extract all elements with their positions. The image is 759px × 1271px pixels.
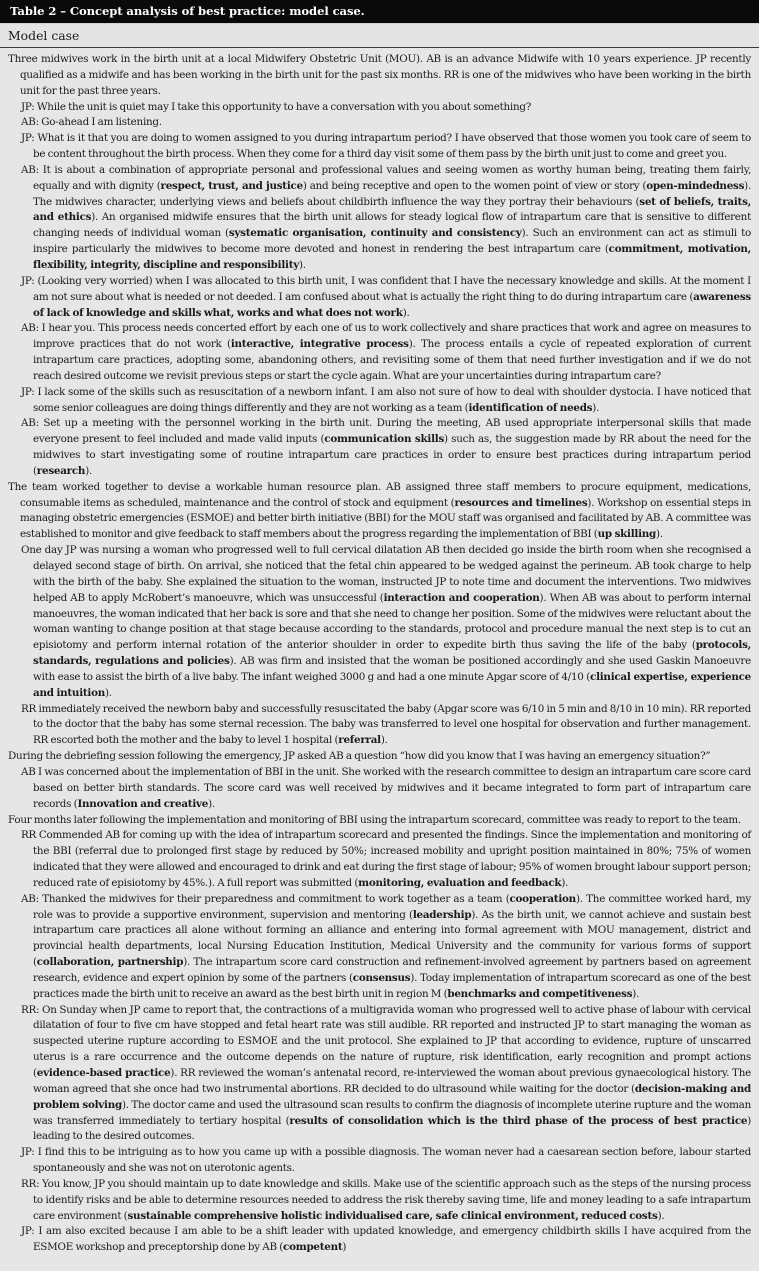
case-paragraph: Three midwives work in the birth unit at…	[8, 52, 751, 100]
paragraph-text: JP: While the unit is quiet may I take t…	[21, 101, 531, 113]
paragraph-text: ).	[592, 402, 599, 414]
concept-term: leadership	[413, 909, 471, 921]
case-paragraph: AB: It is about a combination of appropr…	[8, 163, 751, 274]
paragraph-text: AB: Go-ahead I am listening.	[21, 116, 162, 128]
paragraph-text: AB: Thanked the midwives for their prepa…	[21, 893, 509, 905]
concept-term: evidence-based practice	[37, 1067, 171, 1079]
concept-term: competent	[283, 1241, 342, 1253]
case-paragraph: RR immediately received the newborn baby…	[8, 702, 751, 750]
concept-term: respect, trust, and justice	[161, 180, 303, 192]
paragraph-text: ).	[561, 877, 568, 889]
concept-term: identification of needs	[468, 402, 592, 414]
paragraph-text: Four months later following the implemen…	[8, 814, 741, 826]
paragraph-text: ).	[658, 1210, 665, 1222]
concept-term: Innovation and creative	[77, 798, 208, 810]
case-paragraph: JP: What is it that you are doing to wom…	[8, 131, 751, 163]
concept-term: consensus	[353, 972, 411, 984]
paragraph-text: ).	[85, 465, 92, 477]
case-paragraph: Four months later following the implemen…	[8, 813, 751, 829]
concept-term: sustainable comprehensive holistic indiv…	[127, 1210, 657, 1222]
concept-analysis-table: Table 2 – Concept analysis of best pract…	[0, 0, 759, 1271]
paragraph-text: Three midwives work in the birth unit at…	[8, 53, 751, 97]
paragraph-text: ).	[656, 528, 663, 540]
paragraph-text: ).	[208, 798, 215, 810]
case-paragraph: JP: I find this to be intriguing as to h…	[8, 1145, 751, 1177]
case-paragraph: JP: I lack some of the skills such as re…	[8, 385, 751, 417]
case-paragraph: AB: Set up a meeting with the personnel …	[8, 416, 751, 479]
concept-term: benchmarks and competitiveness	[447, 988, 632, 1000]
concept-term: systematic organisation, continuity and …	[229, 227, 522, 239]
concept-term: referral	[338, 734, 381, 746]
concept-term: resources and timelines	[454, 497, 587, 509]
case-paragraph: RR: On Sunday when JP came to report tha…	[8, 1003, 751, 1146]
paragraph-text: JP: I am also excited because I am able …	[21, 1225, 751, 1253]
paragraph-text: ).	[632, 988, 639, 1000]
paragraph-text: ).	[381, 734, 388, 746]
concept-term: results of consolidation which is the th…	[289, 1115, 747, 1127]
concept-term: up skilling	[598, 528, 656, 540]
paragraph-text: JP: What is it that you are doing to wom…	[21, 132, 751, 160]
case-paragraph: RR Commended AB for coming up with the i…	[8, 828, 751, 891]
table-caption: Table 2 – Concept analysis of best pract…	[0, 0, 759, 23]
paragraph-text: JP: I lack some of the skills such as re…	[21, 386, 751, 414]
paragraph-text: )	[342, 1241, 346, 1253]
case-paragraph: AB: Go-ahead I am listening.	[8, 115, 751, 131]
paragraph-text: JP: (Looking very worried) when I was al…	[21, 275, 751, 303]
paragraph-text: ).	[105, 687, 112, 699]
concept-term: communication skills	[324, 433, 444, 445]
case-paragraph: AB: I hear you. This process needs conce…	[8, 321, 751, 384]
case-paragraph: One day JP was nursing a woman who progr…	[8, 543, 751, 701]
concept-term: cooperation	[509, 893, 575, 905]
case-paragraph: JP: While the unit is quiet may I take t…	[8, 100, 751, 116]
table-body-cell: Three midwives work in the birth unit at…	[0, 48, 759, 1271]
paragraph-text: ).	[299, 259, 306, 271]
case-paragraph: During the debriefing session following …	[8, 749, 751, 765]
case-paragraph: JP: (Looking very worried) when I was al…	[8, 274, 751, 322]
concept-term: collaboration, partnership	[37, 956, 183, 968]
concept-term: interactive, integrative process	[231, 338, 409, 350]
concept-term: open-mindedness	[646, 180, 744, 192]
case-paragraph: RR: You know, JP you should maintain up …	[8, 1177, 751, 1225]
case-paragraph: AB I was concerned about the implementat…	[8, 765, 751, 813]
case-paragraph: AB: Thanked the midwives for their prepa…	[8, 892, 751, 1003]
paragraph-text: ).	[403, 307, 410, 319]
concept-term: monitoring, evaluation and feedback	[358, 877, 561, 889]
concept-term: interaction and cooperation	[384, 592, 540, 604]
column-header-model-case: Model case	[0, 23, 759, 48]
case-paragraph: JP: I am also excited because I am able …	[8, 1224, 751, 1256]
case-paragraph: The team worked together to devise a wor…	[8, 480, 751, 543]
paragraph-text: JP: I find this to be intriguing as to h…	[21, 1146, 751, 1174]
paragraph-text: During the debriefing session following …	[8, 750, 710, 762]
concept-term: research	[37, 465, 85, 477]
paragraph-text: ) and being receptive and open to the wo…	[303, 180, 646, 192]
